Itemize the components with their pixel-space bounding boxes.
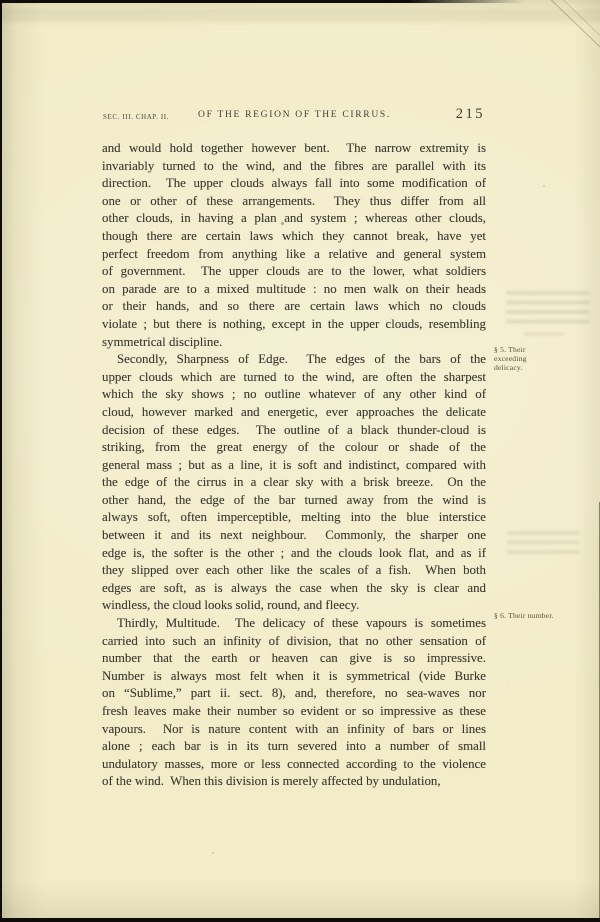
text-line: violate ; but there is nothing, except i… bbox=[102, 316, 486, 334]
paragraph: Thirdly, Multitude. The delicacy of thes… bbox=[102, 615, 486, 791]
text-line: the edge of the cirrus in a clear sky wi… bbox=[102, 474, 486, 492]
paragraph: Secondly, Sharpness of Edge. The edges o… bbox=[102, 351, 486, 615]
text-line: edge is, the softer is the other ; and t… bbox=[102, 545, 486, 563]
text-line: windless, the cloud looks solid, round, … bbox=[102, 597, 486, 615]
paper-fleck bbox=[543, 185, 545, 187]
page-title: OF THE REGION OF THE CIRRUS. bbox=[103, 110, 486, 120]
text-line: invariably turned to the wind, and the f… bbox=[102, 158, 486, 176]
text-line: upper clouds which are turned to the win… bbox=[102, 369, 486, 387]
text-line: one or other of these arrangements. They… bbox=[102, 193, 486, 211]
text-line: cloud, however marked and energetic, eve… bbox=[102, 404, 486, 422]
text-line: which the sky shows ; no outline whateve… bbox=[102, 386, 486, 404]
scan-edge-bottom bbox=[0, 918, 600, 922]
margin-note-section-5: § 5. Their exceeding delicacy. bbox=[494, 345, 556, 373]
text-line: they slipped over each other like the sc… bbox=[102, 562, 486, 580]
text-line: other clouds, in having a plan and syste… bbox=[102, 210, 486, 228]
text-line: fresh leaves make their number so eviden… bbox=[102, 703, 486, 721]
paper-fleck bbox=[212, 852, 214, 854]
text-line: perfect freedom from anything like a rel… bbox=[102, 246, 486, 264]
text-line: decision of these edges. The outline of … bbox=[102, 422, 486, 440]
text-line: Thirdly, Multitude. The delicacy of thes… bbox=[102, 615, 486, 633]
text-line: Secondly, Sharpness of Edge. The edges o… bbox=[102, 351, 486, 369]
scan-edge-left bbox=[0, 0, 2, 922]
ink-showthrough bbox=[506, 291, 590, 329]
scan-edge-top bbox=[0, 0, 524, 3]
text-line: on “Sublime,” part ii. sect. 8), and, th… bbox=[102, 685, 486, 703]
text-line: of government. The upper clouds are to t… bbox=[102, 263, 486, 281]
text-line: or their hands, and so there are certain… bbox=[102, 298, 486, 316]
text-line: alone ; each bar is in its turn severed … bbox=[102, 738, 486, 756]
text-line: undulatory masses, more or less connecte… bbox=[102, 756, 486, 774]
paper-fleck bbox=[281, 222, 284, 225]
text-line: general mass ; but as a line, it is soft… bbox=[102, 457, 486, 475]
text-line: on parade are to a mixed multitude : no … bbox=[102, 281, 486, 299]
text-line: and would hold together however bent. Th… bbox=[102, 140, 486, 158]
text-line: direction. The upper clouds always fall … bbox=[102, 175, 486, 193]
paper-sheet: SEC. III. CHAP. II. OF THE REGION OF THE… bbox=[2, 0, 600, 918]
running-head: SEC. III. CHAP. II. OF THE REGION OF THE… bbox=[103, 109, 486, 125]
text-line: vapours. Nor is nature content with an i… bbox=[102, 721, 486, 739]
text-line: other hand, the edge of the bar turned a… bbox=[102, 492, 486, 510]
text-line: always soft, often imperceptible, meltin… bbox=[102, 509, 486, 527]
paragraph: and would hold together however bent. Th… bbox=[102, 140, 486, 351]
text-line: symmetrical discipline. bbox=[102, 334, 486, 352]
scanned-book-page: SEC. III. CHAP. II. OF THE REGION OF THE… bbox=[0, 0, 600, 922]
ink-showthrough bbox=[507, 531, 579, 554]
text-line: striking, from the great energy of the c… bbox=[102, 439, 486, 457]
text-block: and would hold together however bent. Th… bbox=[102, 140, 486, 791]
text-line: carried into such an infinity of divisio… bbox=[102, 633, 486, 651]
text-line: between it and its next neighbour. Commo… bbox=[102, 527, 486, 545]
text-line: though there are certain laws which they… bbox=[102, 228, 486, 246]
text-line: Number is always most felt when it is sy… bbox=[102, 668, 486, 686]
text-line: number that the earth or heaven can give… bbox=[102, 650, 486, 668]
text-line: of the wind. When this division is merel… bbox=[102, 773, 486, 791]
text-line: edges are soft, as is always the case wh… bbox=[102, 580, 486, 598]
margin-note-section-6: § 6. Their number. bbox=[494, 611, 556, 620]
page-number: 215 bbox=[456, 106, 485, 123]
